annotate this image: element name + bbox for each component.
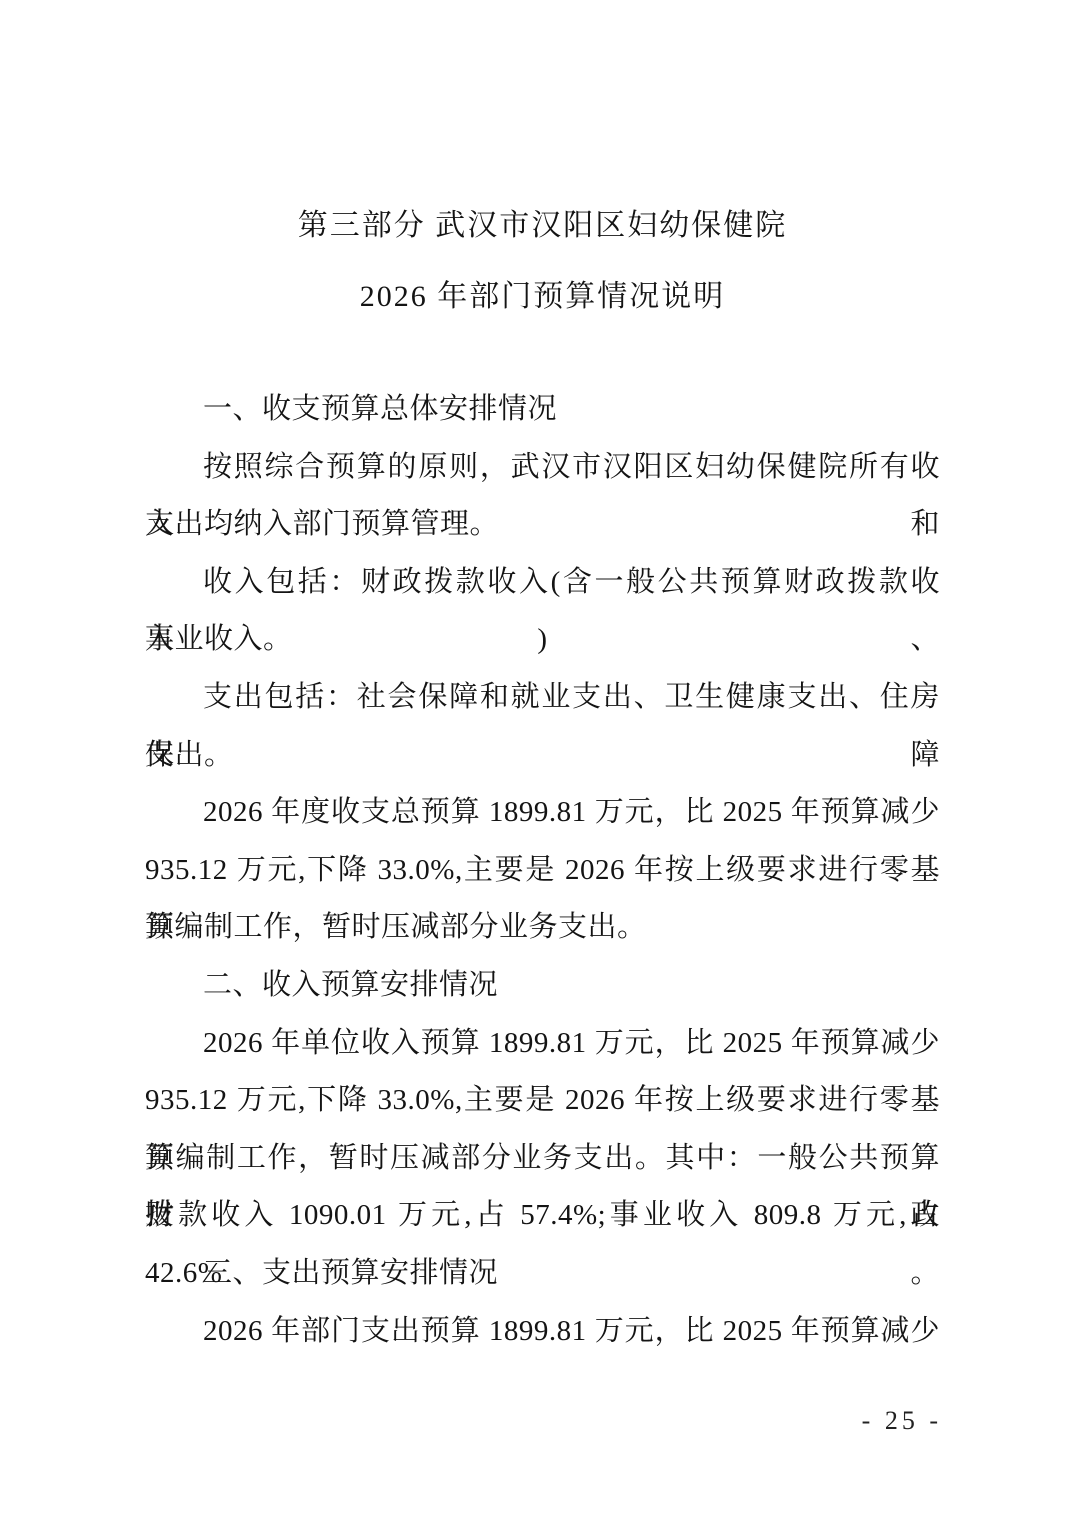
paragraph-line: 935.12 万元,下降 33.0%,主要是 2026 年按上级要求进行零基预 [145,842,940,900]
document-title-line1: 第三部分 武汉市汉阳区妇幼保健院 [145,190,940,261]
paragraph-line: 2026 年单位收入预算 1899.81 万元，比 2025 年预算减少 [145,1015,940,1073]
paragraph-line: 拨款收入 1090.01 万元,占 57.4%;事业收入 809.8 万元,占 … [145,1187,940,1245]
paragraph-line: 935.12 万元,下降 33.0%,主要是 2026 年按上级要求进行零基预 [145,1072,940,1130]
paragraph-line: 按照综合预算的原则，武汉市汉阳区妇幼保健院所有收入和 [145,439,940,497]
section-heading-income-expense-overview: 一、收支预算总体安排情况 [145,381,940,439]
document-page: 第三部分 武汉市汉阳区妇幼保健院 2026 年部门预算情况说明 一、收支预算总体… [0,0,1074,1520]
section-heading-income-budget: 二、收入预算安排情况 [145,957,940,1015]
document-body: 一、收支预算总体安排情况 按照综合预算的原则，武汉市汉阳区妇幼保健院所有收入和 … [145,381,940,1360]
page-number: - 25 - [862,1406,942,1436]
paragraph-line: 收入包括：财政拨款收入(含一般公共预算财政拨款收入)、 [145,554,940,612]
document-title: 第三部分 武汉市汉阳区妇幼保健院 2026 年部门预算情况说明 [145,190,940,332]
document-title-line2: 2026 年部门预算情况说明 [145,261,940,332]
paragraph-line: 2026 年度收支总预算 1899.81 万元，比 2025 年预算减少 [145,784,940,842]
paragraph-line: 算编制工作，暂时压减部分业务支出。其中：一般公共预算财政 [145,1130,940,1188]
paragraph-line: 支出包括：社会保障和就业支出、卫生健康支出、住房保障 [145,669,940,727]
paragraph-line: 算编制工作，暂时压减部分业务支出。 [145,899,940,957]
paragraph-line: 2026 年部门支出预算 1899.81 万元，比 2025 年预算减少 [145,1303,940,1361]
